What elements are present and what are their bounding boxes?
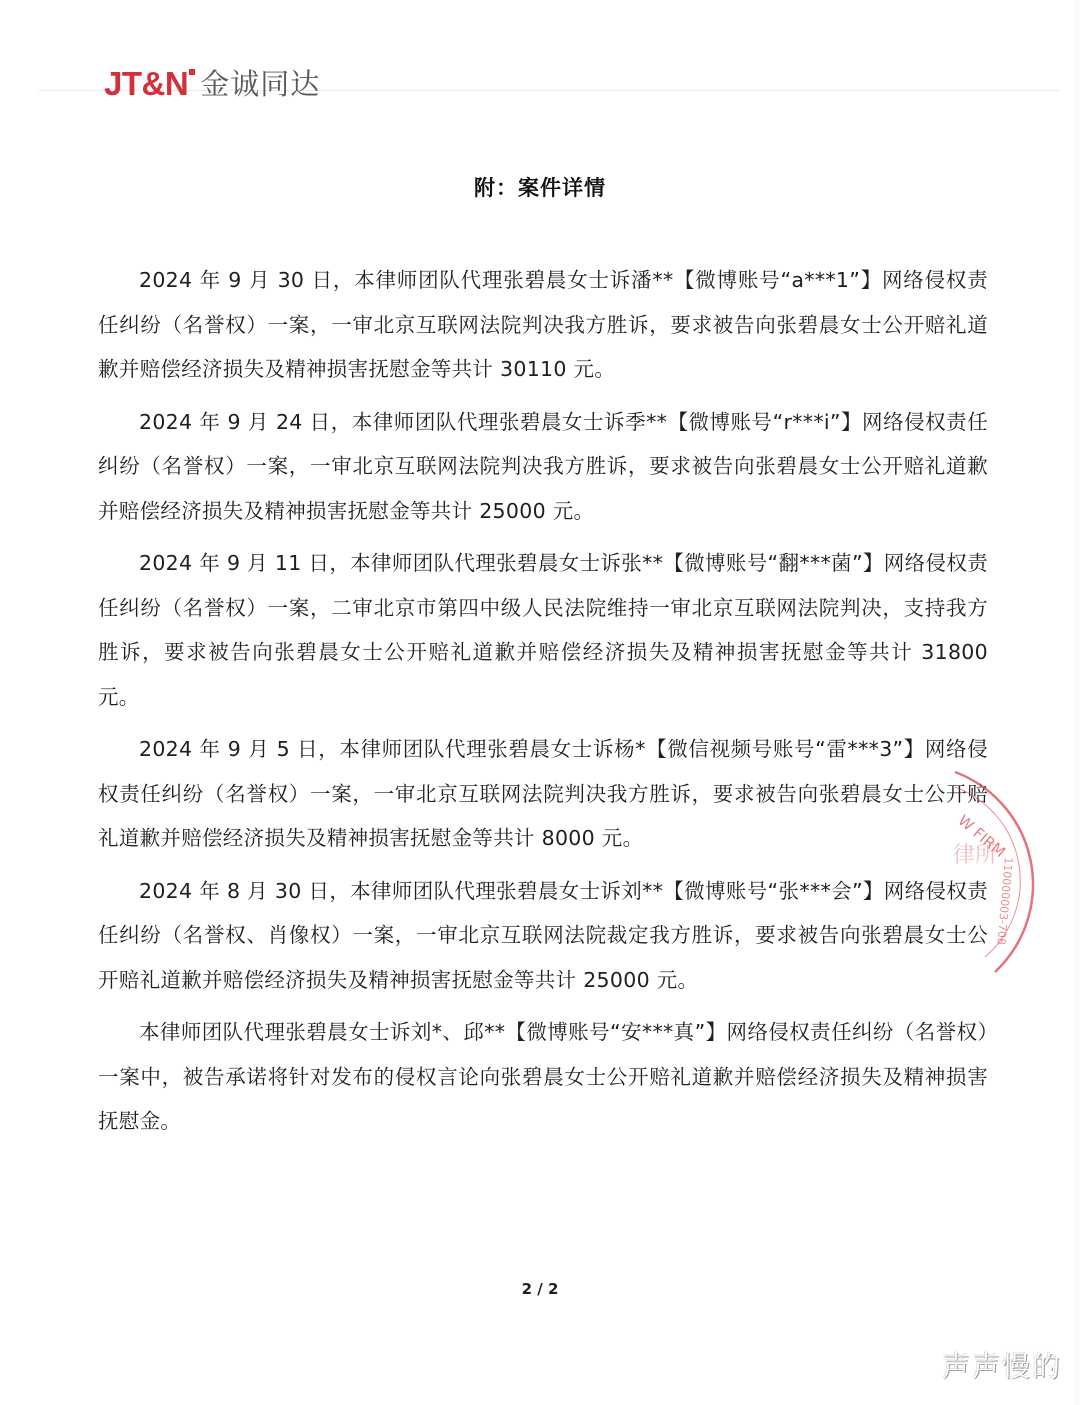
case-paragraph-1: 2024 年 9 月 30 日，本律师团队代理张碧晨女士诉潘**【微博账号“a*… xyxy=(98,258,988,392)
page-number: 2 / 2 xyxy=(0,1280,1080,1298)
logo-english: JT&N xyxy=(104,66,188,102)
case-paragraph-4: 2024 年 9 月 5 日，本律师团队代理张碧晨女士诉杨*【微信视频号账号“雷… xyxy=(98,727,988,861)
scan-edge xyxy=(1074,0,1080,1405)
logo-square-mark-icon xyxy=(189,69,195,75)
case-paragraph-5: 2024 年 8 月 30 日，本律师团队代理张碧晨女士诉刘**【微博账号“张*… xyxy=(98,869,988,1003)
svg-text:110000003-708: 110000003-708 xyxy=(994,857,1015,946)
watermark-text: 声声慢的 xyxy=(942,1345,1062,1385)
firm-logo: JT&N 金诚同达 xyxy=(104,62,320,102)
case-paragraph-6: 本律师团队代理张碧晨女士诉刘*、邱**【微博账号“安***真”】网络侵权责任纠纷… xyxy=(98,1010,988,1144)
case-paragraph-2: 2024 年 9 月 24 日，本律师团队代理张碧晨女士诉季**【微博账号“r*… xyxy=(98,400,988,534)
document-title: 附：案件详情 xyxy=(0,172,1080,202)
case-paragraph-3: 2024 年 9 月 11 日，本律师团队代理张碧晨女士诉张**【微博账号“翻*… xyxy=(98,541,988,719)
logo-chinese: 金诚同达 xyxy=(200,66,320,102)
document-body: 2024 年 9 月 30 日，本律师团队代理张碧晨女士诉潘**【微博账号“a*… xyxy=(98,258,988,1152)
